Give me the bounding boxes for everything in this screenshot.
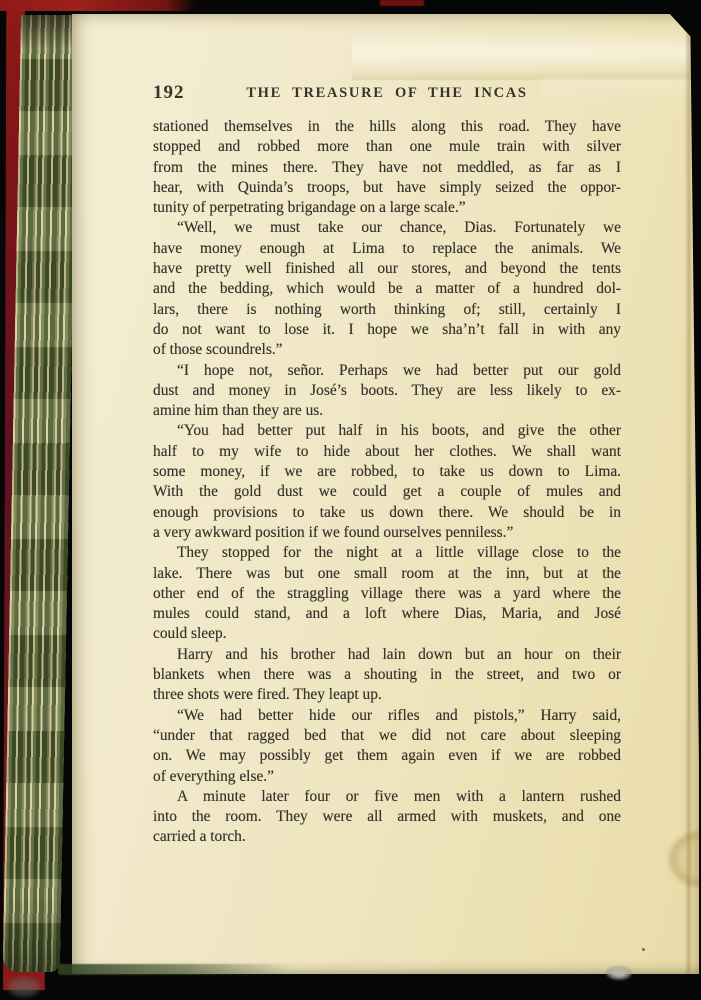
text-line: lars, there is nothing worth thinking of… <box>153 300 621 320</box>
text-line: Harry and his brother had lain down but … <box>153 645 621 665</box>
text-line: and the bedding, which would be a matter… <box>153 279 621 299</box>
scanner-artifact-smudge <box>8 978 40 996</box>
text-line: have money enough at Lima to replace the… <box>153 239 621 259</box>
text-line: other end of the straggling village ther… <box>153 584 621 604</box>
text-line: some money, if we are robbed, to take us… <box>153 462 621 482</box>
text-line: lake. There was but one small room at th… <box>153 564 621 584</box>
text-line: “under that ragged bed that we did not c… <box>153 726 621 746</box>
text-line: A minute later four or five men with a l… <box>153 787 621 807</box>
book-cover-top-edge <box>0 0 196 11</box>
text-line: of those scoundrels.” <box>153 340 621 360</box>
text-line: amine him than they are us. <box>153 401 621 421</box>
text-line: a very awkward position if we found ours… <box>153 523 621 543</box>
text-line: stationed themselves in the hills along … <box>153 117 621 137</box>
bottom-edge-tint <box>58 964 290 975</box>
text-line: hear, with Quinda’s troops, but have sim… <box>153 178 621 198</box>
ink-speck <box>642 948 645 951</box>
text-line: do not want to lose it. I hope we sha’n’… <box>153 320 621 340</box>
text-line: “We had better hide our rifles and pisto… <box>153 706 621 726</box>
text-line: dust and money in José’s boots. They are… <box>153 381 621 401</box>
text-line: enough provisions to take us down there.… <box>153 503 621 523</box>
stain-mark <box>668 830 699 888</box>
text-line: could sleep. <box>153 624 621 644</box>
text-line: “I hope not, señor. Perhaps we had bette… <box>153 361 621 381</box>
text-line: stopped and robbed more than one mule tr… <box>153 137 621 157</box>
text-line: “You had better put half in his boots, a… <box>153 421 621 441</box>
book-photo: 192 THE TREASURE OF THE INCAS stationed … <box>0 0 701 1000</box>
scanner-artifact-blob <box>606 966 632 980</box>
right-page-crease <box>685 14 691 974</box>
text-line: from the mines there. They have not medd… <box>153 158 621 178</box>
book-cover-top-patch <box>380 0 424 6</box>
text-line: “Well, we must take our chance, Dias. Fo… <box>153 218 621 238</box>
text-line: mules could stand, and a loft where Dias… <box>153 604 621 624</box>
running-title: THE TREASURE OF THE INCAS <box>153 85 621 102</box>
text-line: three shots were fired. They leapt up. <box>153 685 621 705</box>
text-line: half to my wife to hide about her clothe… <box>153 442 621 462</box>
text-line: carried a torch. <box>153 827 621 847</box>
text-line: tunity of perpetrating brigandage on a l… <box>153 198 621 218</box>
page-curl-highlight <box>352 30 699 80</box>
text-line: on. We may possibly get them again even … <box>153 746 621 766</box>
text-line: They stopped for the night at a little v… <box>153 543 621 563</box>
text-block: stationed themselves in the hills along … <box>153 117 621 848</box>
text-line: into the room. They were all armed with … <box>153 807 621 827</box>
text-line: blankets when there was a shouting in th… <box>153 665 621 685</box>
book-page: 192 THE TREASURE OF THE INCAS stationed … <box>72 14 699 974</box>
page-header: 192 THE TREASURE OF THE INCAS <box>153 82 621 106</box>
text-line: With the gold dust we could get a couple… <box>153 482 621 502</box>
text-line: of everything else.” <box>153 767 621 787</box>
text-line: have pretty well finished all our stores… <box>153 259 621 279</box>
